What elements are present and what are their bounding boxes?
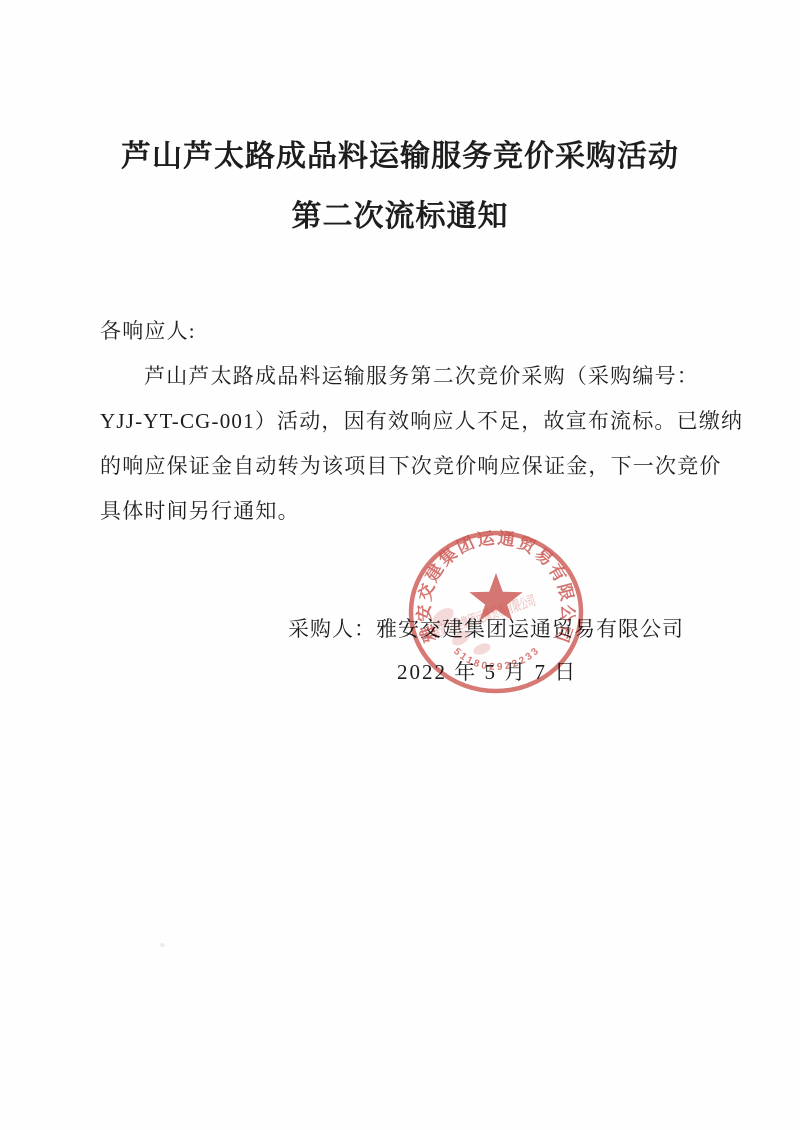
document-title: 芦山芦太路成品料运输服务竞价采购活动 第二次流标通知 [0,127,800,247]
body-line-2: YJJ-YT-CG-001）活动，因有效响应人不足，故宣布流标。已缴纳 [100,399,710,444]
document-page: 芦山芦太路成品料运输服务竞价采购活动 第二次流标通知 各响应人: 芦山芦太路成品… [0,0,800,1130]
salutation: 各响应人: [100,309,710,354]
body-line-3: 的响应保证金自动转为该项目下次竞价响应保证金，下一次竞价 [100,444,710,489]
purchaser-label: 采购人： [288,617,376,641]
company-seal-stamp: 雅安交建集团运通贸易有限公司 511802922233 雅安交建集团运通贸易有限… [381,497,611,727]
body-line-1: 芦山芦太路成品料运输服务第二次竞价采购（采购编号： [100,354,710,399]
stamp-code-arc: 511802922233 [451,646,541,673]
scan-artifact-speck [160,943,165,947]
document-title-line1: 芦山芦太路成品料运输服务竞价采购活动 [0,127,800,187]
stamp-code-arc-text: 511802922233 [451,646,541,673]
document-title-line2: 第二次流标通知 [0,187,800,247]
